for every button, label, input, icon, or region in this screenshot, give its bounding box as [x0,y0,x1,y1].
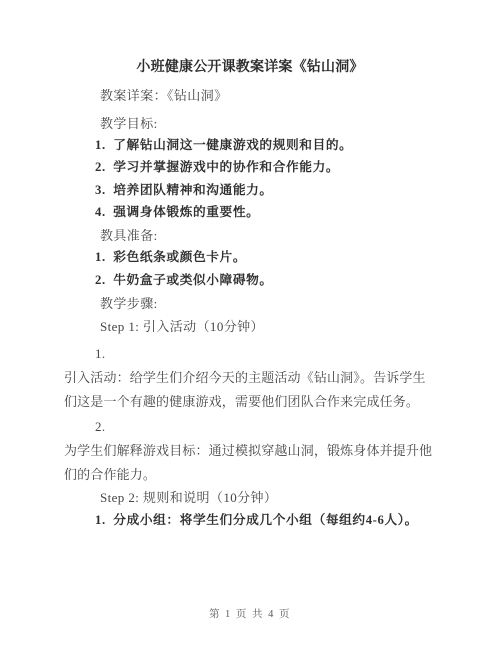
steps-heading: 教学步骤: [100,295,158,312]
goal-item: 3. 培养团队精神和沟通能力。 [95,182,273,199]
goal-item: 1. 了解钻山洞这一健康游戏的规则和目的。 [95,137,352,154]
step1-heading: Step 1: 引入活动（10分钟） [100,318,264,335]
page-number: 第 1 页 共 4 页 [0,606,500,621]
goal-item: 4. 强调身体锻炼的重要性。 [95,204,259,221]
paragraph-line: 们的合作能力。 [64,466,438,483]
material-item: 1. 彩色纸条或颜色卡片。 [95,249,246,266]
paragraph-line: 们这是一个有趣的健康游戏，需要他们团队合作来完成任务。 [64,393,438,410]
paragraph-line: 引入活动：给学生们介绍今天的主题活动《钻山洞》。告诉学生 [64,369,438,386]
paragraph-line: 为学生们解释游戏目标：通过模拟穿越山洞，锻炼身体并提升他 [64,442,438,459]
list-number: 2. [95,418,106,435]
step2-heading: Step 2: 规则和说明（10分钟） [100,489,277,506]
document-page: 小班健康公开课教案详案《钻山洞》 教案详案：《钻山洞》 教学目标: 1. 了解钻… [0,0,500,647]
list-number: 1. [95,345,106,362]
material-item: 2. 牛奶盒子或类似小障碍物。 [95,272,273,289]
materials-heading: 教具准备: [100,227,158,244]
goal-item: 2. 学习并掌握游戏中的协作和合作能力。 [95,159,339,176]
goals-heading: 教学目标: [100,115,158,132]
detail-line: 教案详案：《钻山洞》 [100,87,228,104]
document-title: 小班健康公开课教案详案《钻山洞》 [0,56,500,76]
rule-item: 1. 分成小组：将学生们分成几个小组（每组约4-6人）。 [95,512,418,529]
